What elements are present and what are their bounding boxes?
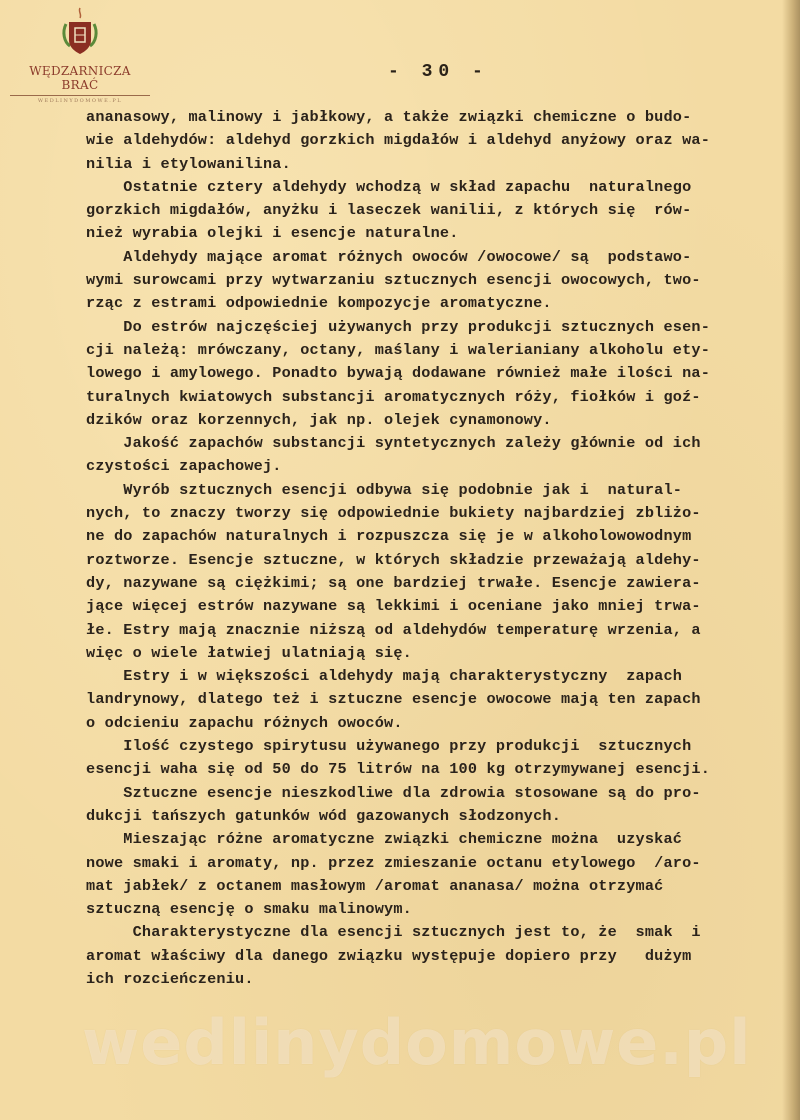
text-line: cji należą: mrówczany, octany, maślany i… — [86, 339, 786, 362]
text-line: dzików oraz korzennych, jak np. olejek c… — [86, 409, 786, 432]
text-line: wymi surowcami przy wytwarzaniu sztuczny… — [86, 269, 786, 292]
text-line: nież wyrabia olejki i esencje naturalne. — [86, 222, 786, 245]
text-line: aromat właściwy dla danego związku wystę… — [86, 945, 786, 968]
text-line: esencji waha się od 50 do 75 litrów na 1… — [86, 758, 786, 781]
text-line: nych, to znaczy tworzy się odpowiednie b… — [86, 502, 786, 525]
logo-subtitle: WEDLINYDOMOWE.PL — [10, 98, 150, 104]
text-line: wie aldehydów: aldehyd gorzkich migdałów… — [86, 129, 786, 152]
text-line: Estry i w większości aldehydy mają chara… — [86, 665, 786, 688]
text-line: jące więcej estrów nazywane są lekkimi i… — [86, 595, 786, 618]
text-line: więc o wiele łatwiej ulatniają się. — [86, 642, 786, 665]
text-line: dukcji tańszych gatunków wód gazowanych … — [86, 805, 786, 828]
text-line: turalnych kwiatowych substancji aromatyc… — [86, 386, 786, 409]
typewritten-text: ananasowy, malinowy i jabłkowy, a także … — [86, 106, 786, 991]
logo-title: WĘDZARNICZA BRAĆ — [10, 64, 150, 92]
crest-icon — [60, 6, 100, 58]
text-line: nowe smaki i aromaty, np. przez zmieszan… — [86, 852, 786, 875]
text-line: Wyrób sztucznych esencji odbywa się podo… — [86, 479, 786, 502]
text-line: landrynowy, dlatego też i sztuczne esenc… — [86, 688, 786, 711]
text-line: rząc z estrami odpowiednie kompozycje ar… — [86, 292, 786, 315]
text-line: ne do zapachów naturalnych i rozpuszcza … — [86, 525, 786, 548]
text-line: roztworze. Esencje sztuczne, w których s… — [86, 549, 786, 572]
text-line: Ostatnie cztery aldehydy wchodzą w skład… — [86, 176, 786, 199]
text-line: gorzkich migdałów, anyżku i laseczek wan… — [86, 199, 786, 222]
text-line: Ilość czystego spirytusu używanego przy … — [86, 735, 786, 758]
text-line: Aldehydy mające aromat różnych owoców /o… — [86, 246, 786, 269]
text-line: czystości zapachowej. — [86, 455, 786, 478]
watermark: wedlinydomowe.pl — [82, 1006, 751, 1079]
text-line: Do estrów najczęściej używanych przy pro… — [86, 316, 786, 339]
text-line: Mieszając różne aromatyczne związki chem… — [86, 828, 786, 851]
text-line: Charakterystyczne dla esencji sztucznych… — [86, 921, 786, 944]
text-line: Jakość zapachów substancji syntetycznych… — [86, 432, 786, 455]
text-line: ich rozcieńczeniu. — [86, 968, 786, 991]
page-number: - 30 - — [388, 62, 489, 82]
text-line: dy, nazywane są ciężkimi; są one bardzie… — [86, 572, 786, 595]
text-line: sztuczną esencję o smaku malinowym. — [86, 898, 786, 921]
text-line: nilia i etylowanilina. — [86, 153, 786, 176]
text-line: mat jabłek/ z octanem masłowym /aromat a… — [86, 875, 786, 898]
site-logo: WĘDZARNICZA BRAĆ WEDLINYDOMOWE.PL — [10, 6, 150, 104]
text-line: Sztuczne esencje nieszkodliwe dla zdrowi… — [86, 782, 786, 805]
logo-divider — [10, 95, 150, 96]
text-line: łe. Estry mają znacznie niższą od aldehy… — [86, 619, 786, 642]
text-line: ananasowy, malinowy i jabłkowy, a także … — [86, 106, 786, 129]
text-line: lowego i amylowego. Ponadto bywają dodaw… — [86, 362, 786, 385]
text-line: o odcieniu zapachu różnych owoców. — [86, 712, 786, 735]
